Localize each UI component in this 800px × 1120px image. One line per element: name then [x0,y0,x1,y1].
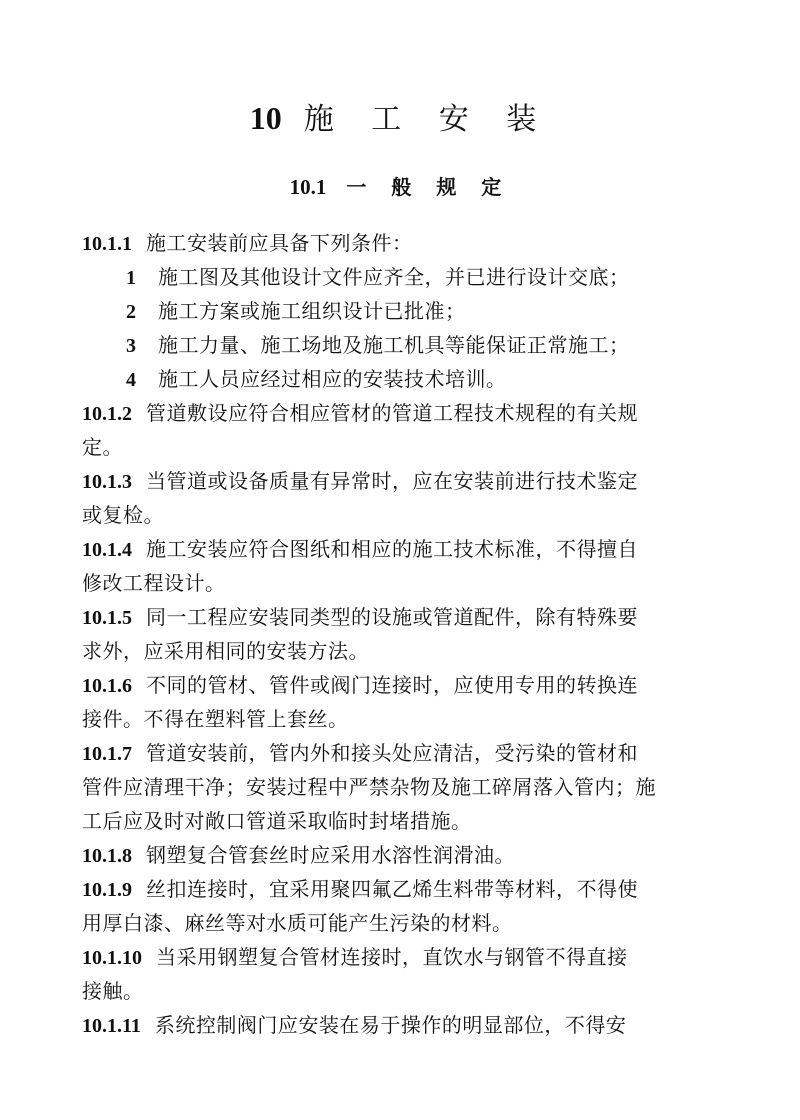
clause-number: 10.1.9 [82,873,132,907]
item-number: 1 [126,261,148,295]
clause-text: 施工安装应符合图纸和相应的施工技术标准，不得擅自 [146,537,638,561]
item-number: 4 [126,363,148,397]
clause-continuation: 管件应清理干净；安装过程中严禁杂物及施工碎屑落入管内；施 [82,770,722,804]
clause-continuation: 用厚白漆、麻丝等对水质可能产生污染的材料。 [82,906,722,940]
clause-number: 10.1.8 [82,839,132,873]
clause-continuation: 定。 [82,430,722,464]
clause-10-1-1: 10.1.1施工安装前应具备下列条件： [82,226,722,260]
clause-text: 不同的管材、管件或阀门连接时，应使用专用的转换连 [146,673,638,697]
list-item: 3施工力量、施工场地及施工机具等能保证正常施工； [82,328,722,362]
clause-10-1-2: 10.1.2管道敷设应符合相应管材的管道工程技术规程的有关规 [82,396,722,430]
clause-text: 管道安装前，管内外和接头处应清洁，受污染的管材和 [146,741,638,765]
document-page: 10施 工 安 装 10.1一 般 规 定 10.1.1施工安装前应具备下列条件… [0,0,800,1120]
clause-number: 10.1.3 [82,465,132,499]
clause-10-1-6: 10.1.6不同的管材、管件或阀门连接时，应使用专用的转换连 [82,668,722,702]
clause-number: 10.1.7 [82,737,132,771]
clause-continuation: 求外，应采用相同的安装方法。 [82,634,722,668]
list-item: 1施工图及其他设计文件应齐全，并已进行设计交底； [82,260,722,294]
clause-text: 丝扣连接时，宜采用聚四氟乙烯生料带等材料，不得使 [146,877,638,901]
clause-text: 同一工程应安装同类型的设施或管道配件，除有特殊要 [146,605,638,629]
item-text: 施工力量、施工场地及施工机具等能保证正常施工； [158,333,630,357]
section-number: 10.1 [290,175,327,199]
clause-number: 10.1.4 [82,533,132,567]
clause-continuation: 接件。不得在塑料管上套丝。 [82,702,722,736]
clause-10-1-4: 10.1.4施工安装应符合图纸和相应的施工技术标准，不得擅自 [82,532,722,566]
list-item: 4施工人员应经过相应的安装技术培训。 [82,362,722,396]
clause-number: 10.1.5 [82,601,132,635]
clause-number: 10.1.11 [82,1009,141,1043]
clause-10-1-11: 10.1.11系统控制阀门应安装在易于操作的明显部位，不得安 [82,1008,722,1042]
item-text: 施工人员应经过相应的安装技术培训。 [158,367,507,391]
clause-continuation: 工后应及时对敞口管道采取临时封堵措施。 [82,804,722,838]
clause-text: 系统控制阀门应安装在易于操作的明显部位，不得安 [155,1013,627,1037]
clause-10-1-10: 10.1.10当采用钢塑复合管材连接时，直饮水与钢管不得直接 [82,940,722,974]
clause-10-1-3: 10.1.3当管道或设备质量有异常时，应在安装前进行技术鉴定 [82,464,722,498]
section-title-text: 一 般 规 定 [346,175,510,199]
clause-number: 10.1.1 [82,227,132,261]
clause-10-1-7: 10.1.7管道安装前，管内外和接头处应清洁，受污染的管材和 [82,736,722,770]
chapter-number: 10 [250,100,282,136]
clause-text: 施工安装前应具备下列条件： [146,231,413,255]
clause-continuation: 修改工程设计。 [82,566,722,600]
chapter-title: 10施 工 安 装 [0,98,800,140]
clause-text: 当采用钢塑复合管材连接时，直饮水与钢管不得直接 [156,945,628,969]
clause-10-1-9: 10.1.9丝扣连接时，宜采用聚四氟乙烯生料带等材料，不得使 [82,872,722,906]
item-number: 3 [126,329,148,363]
item-text: 施工方案或施工组织设计已批准； [158,299,466,323]
clause-number: 10.1.2 [82,397,132,431]
clause-number: 10.1.6 [82,669,132,703]
clause-text: 当管道或设备质量有异常时，应在安装前进行技术鉴定 [146,469,638,493]
clause-list: 10.1.1施工安装前应具备下列条件： 1施工图及其他设计文件应齐全，并已进行设… [82,226,722,1042]
clause-continuation: 或复检。 [82,498,722,532]
clause-10-1-5: 10.1.5同一工程应安装同类型的设施或管道配件，除有特殊要 [82,600,722,634]
clause-text: 管道敷设应符合相应管材的管道工程技术规程的有关规 [146,401,638,425]
clause-number: 10.1.10 [82,941,142,975]
chapter-title-text: 施 工 安 装 [304,102,551,137]
item-text: 施工图及其他设计文件应齐全，并已进行设计交底； [158,265,630,289]
clause-10-1-8: 10.1.8钢塑复合管套丝时应采用水溶性润滑油。 [82,838,722,872]
clause-text: 钢塑复合管套丝时应采用水溶性润滑油。 [146,843,515,867]
section-title: 10.1一 般 规 定 [0,172,800,202]
list-item: 2施工方案或施工组织设计已批准； [82,294,722,328]
item-number: 2 [126,295,148,329]
clause-continuation: 接触。 [82,974,722,1008]
